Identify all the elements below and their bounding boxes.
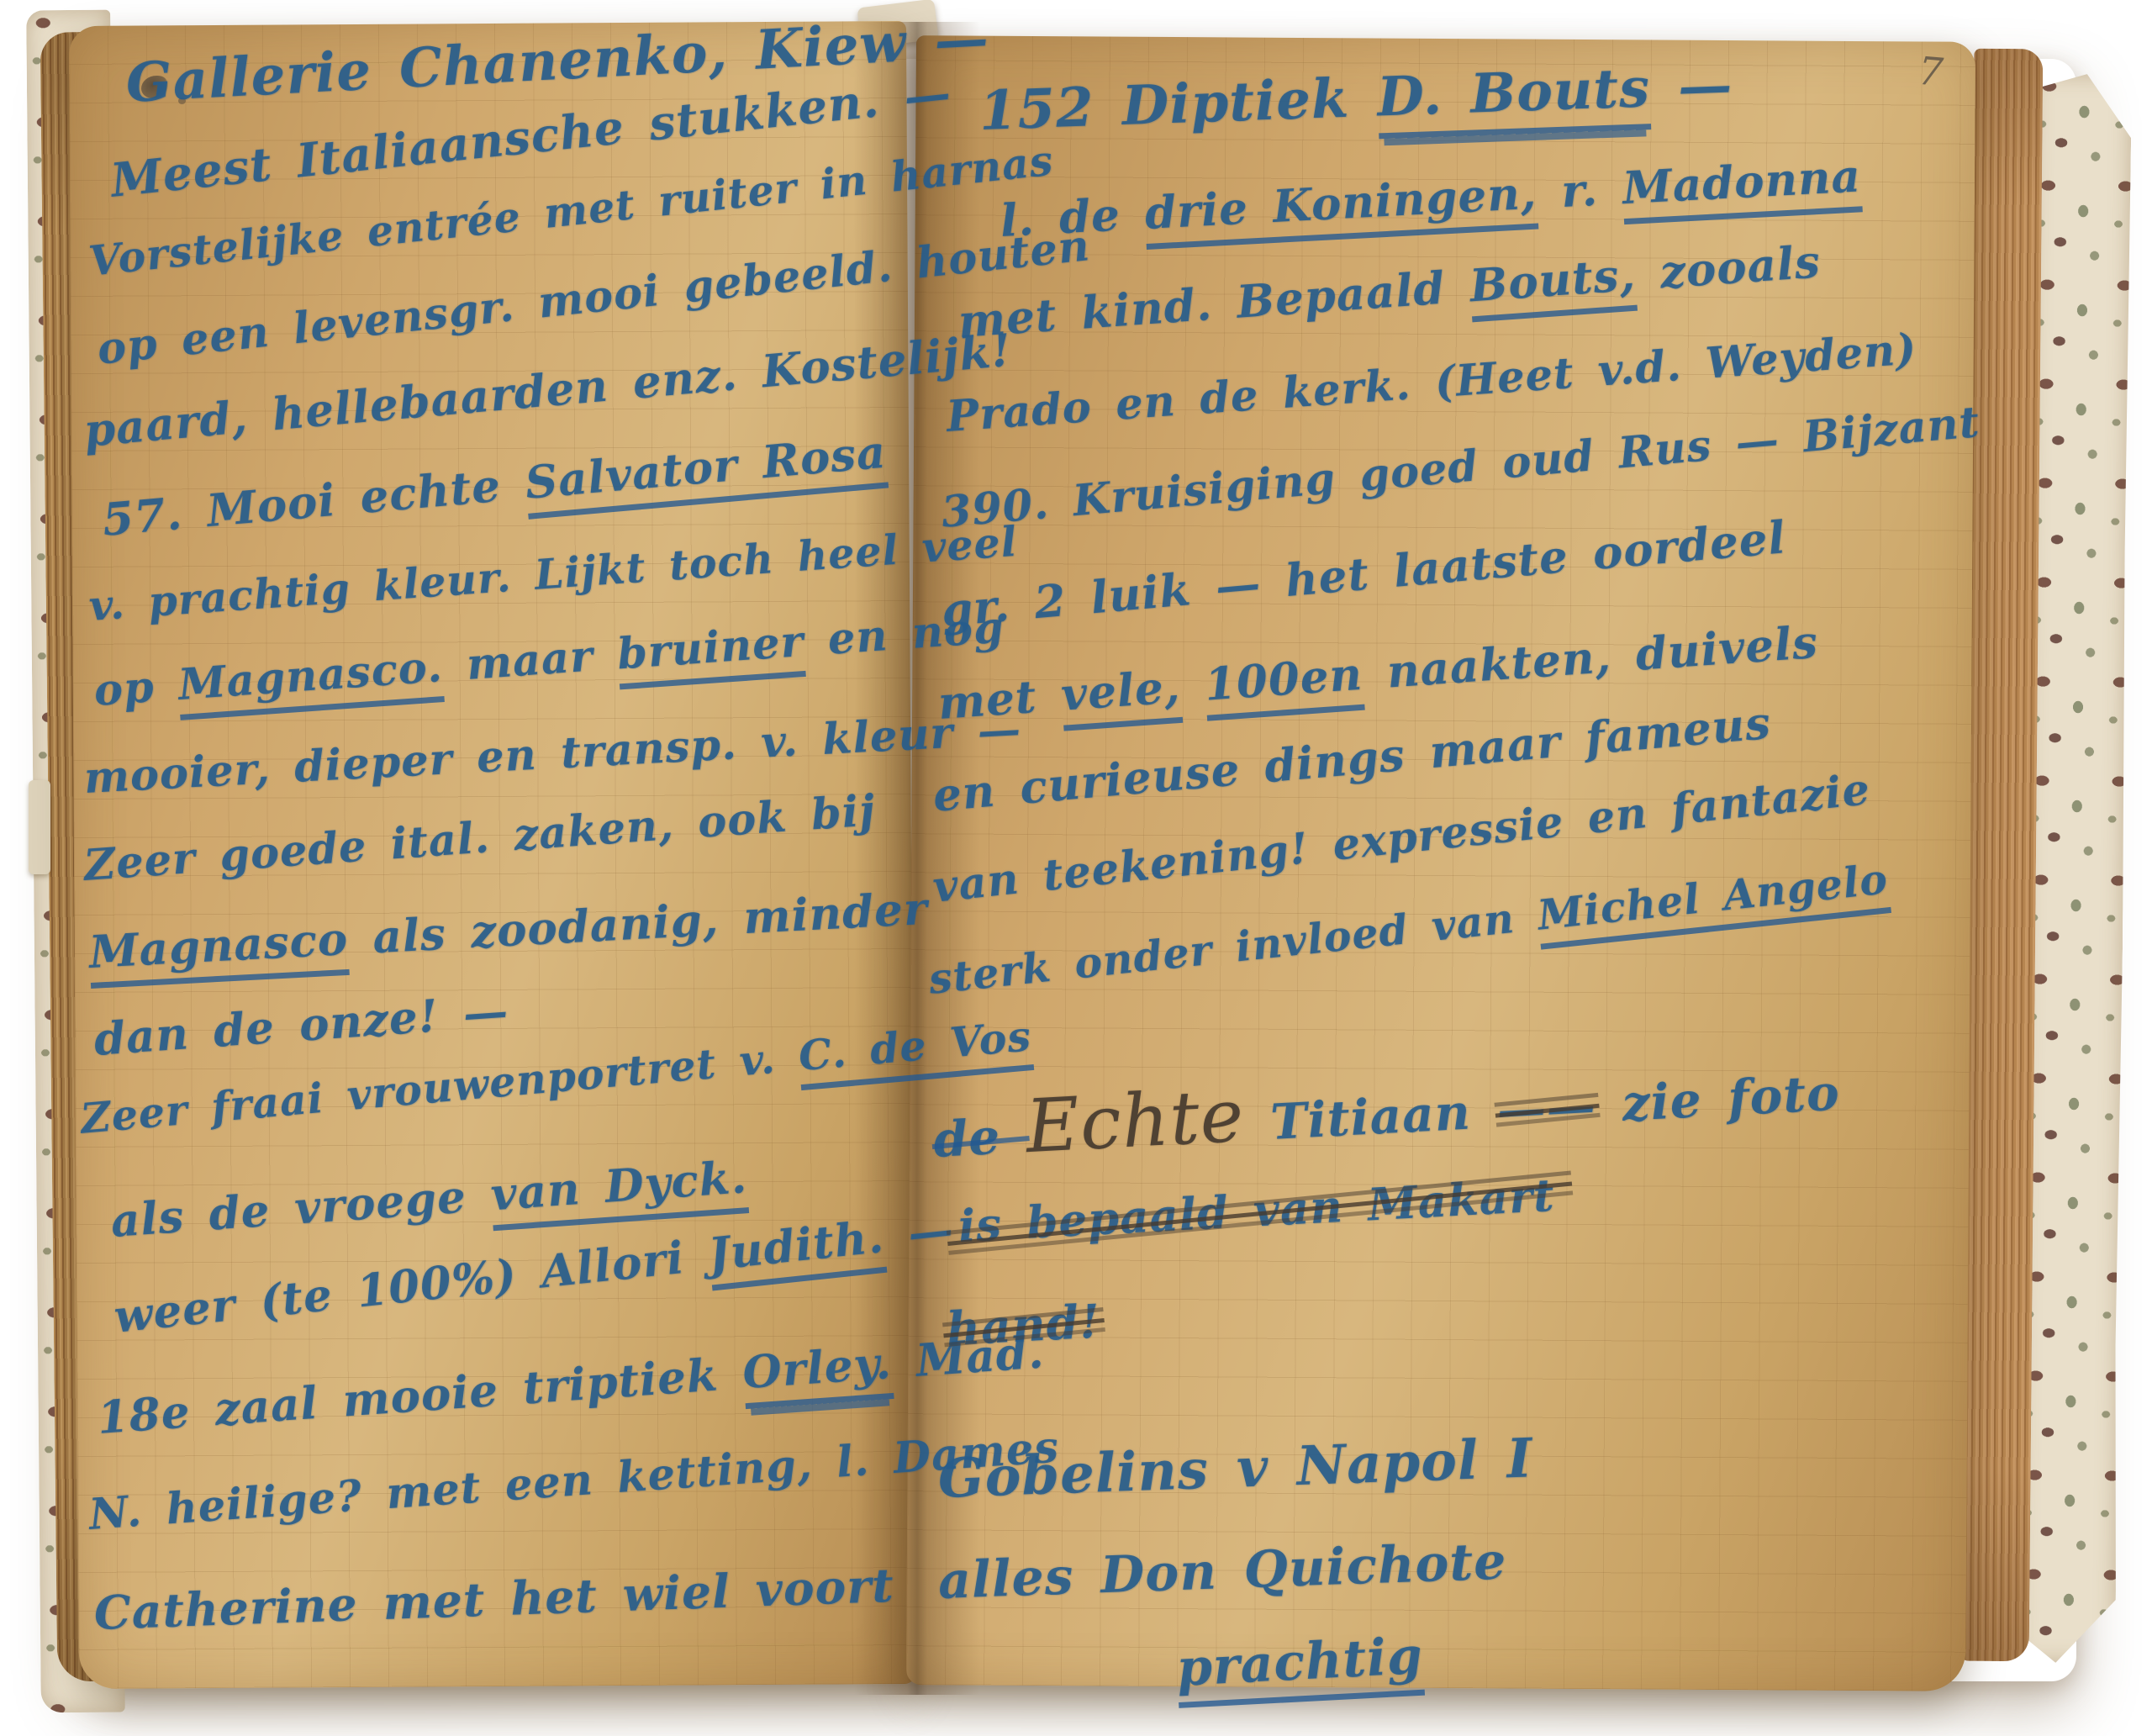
notebook-page-left — [69, 21, 916, 1689]
notebook-page-right — [906, 35, 1975, 1691]
bookmark-tab-left — [29, 780, 50, 874]
page-number: 7 — [1917, 48, 1945, 95]
photo-backdrop: Gallerie Chanenko, Kiew —Meest Italiaans… — [0, 0, 2152, 1736]
